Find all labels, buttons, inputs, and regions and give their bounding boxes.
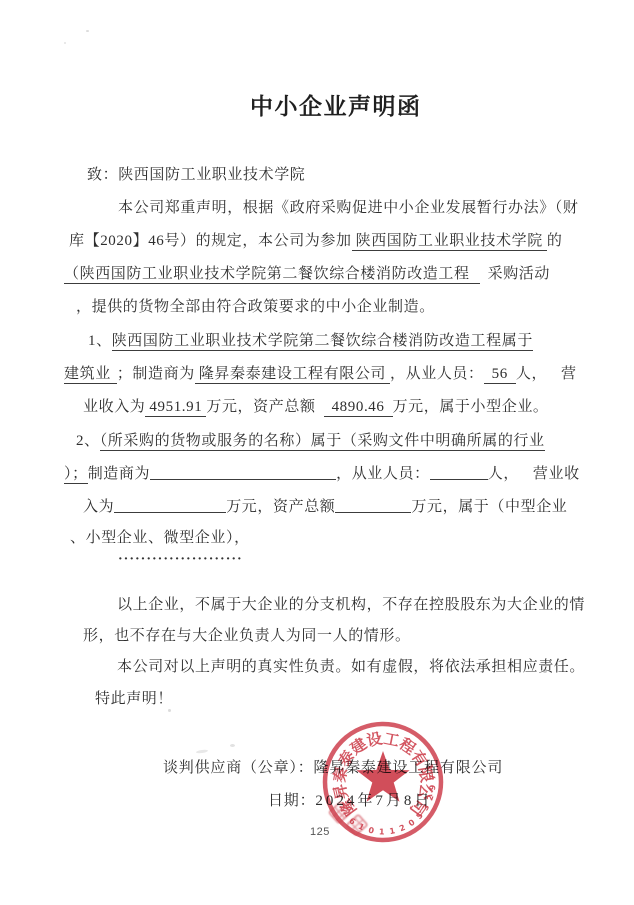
project-name-filled: 陕西国防工业职业技术学院第二餐饮综合楼消防改造工程 — [112, 333, 502, 351]
closing-line2: 形，也不存在与大企业负责人为同一人的情形。 — [83, 624, 411, 645]
scan-noise-speck — [196, 749, 208, 754]
purchaser-name-filled: 陕西国防工业职业技术学院 — [352, 233, 547, 251]
industry-placeholder: （采购文件中明确所属的行业 — [342, 433, 545, 451]
ellipsis-dots: ······················ — [118, 552, 243, 568]
para1-line3: （陕西国防工业职业技术学院第二餐饮综合楼消防改造工程采购活动 — [64, 262, 550, 283]
item2-text: 万元，资产总额 — [226, 499, 335, 515]
svg-text:1: 1 — [379, 827, 385, 836]
scan-noise-speck — [230, 744, 235, 747]
declaration-statement: 特此声明！ — [95, 687, 173, 708]
dots-text: ······················ — [118, 552, 243, 567]
blank-manufacturer-field — [150, 464, 336, 480]
item2-line4: 、小型企业、微型企业）， — [70, 526, 250, 547]
document-title: 中小企业声明函 — [250, 88, 422, 121]
svg-text:2: 2 — [425, 794, 435, 802]
svg-text:设: 设 — [365, 729, 384, 750]
svg-text:1: 1 — [425, 762, 435, 770]
item2-text: 万元，属于（中型企业 — [411, 499, 567, 515]
item2-line2: ）；制造商为，从业人员：人，营业收 — [64, 462, 580, 483]
closing-line1: 以上企业，不属于大企业的分支机构，不存在控股股东为大企业的情 — [117, 593, 585, 614]
para1-text: 的 — [547, 233, 563, 249]
item2-text: 、小型企业、微型企业）， — [70, 530, 250, 546]
manufacturer-filled: 隆昇秦泰建设工程有限公司 — [195, 366, 390, 384]
company-seal: 隆昇秦泰建设工程有限公司6101120532971 — [283, 682, 483, 882]
item1-text: 万元，资产总额 — [206, 399, 315, 415]
item1-text: ；制造商为 — [117, 366, 195, 382]
scan-noise-speck — [64, 42, 66, 44]
salutation-line: 致：陕西国防工业职业技术学院 — [87, 163, 305, 184]
svg-text:昇: 昇 — [330, 782, 351, 802]
svg-text:1: 1 — [389, 826, 397, 836]
closing-text: 本公司对以上声明的真实性负责。如有虚假，将依法承担相应责任。 — [117, 659, 585, 675]
scan-noise-speck — [543, 669, 547, 673]
item2-number: 2、 — [76, 433, 100, 449]
item2-text: 属于 — [311, 433, 342, 451]
para1-line2: 库【2020】46号）的规定，本公司为参加陕西国防工业职业技术学院的 — [69, 229, 562, 250]
item2-text: 入为 — [83, 499, 114, 515]
assets-filled: 4890.46 — [324, 399, 393, 417]
scan-noise-speck — [86, 30, 89, 32]
svg-text:0: 0 — [367, 826, 375, 836]
item2-text: ）； — [64, 466, 88, 484]
para1-line4: ，提供的货物全部由符合政策要求的中小企业制造。 — [76, 295, 435, 316]
seal-star-icon — [356, 751, 409, 802]
item1-text: 万元，属于小型企业。 — [393, 399, 549, 415]
para1-text: 库【2020】46号）的规定，本公司为参加 — [69, 233, 352, 249]
item2-text: 人， — [488, 466, 519, 482]
blank-revenue-field — [114, 497, 226, 513]
closing-text: 以上企业，不属于大企业的分支机构，不存在控股股东为大企业的情 — [117, 597, 585, 613]
item2-text: ，从业人员： — [336, 466, 430, 482]
goods-name-placeholder: （所采购的货物或服务的名称） — [100, 433, 311, 451]
scan-noise-speck — [168, 709, 171, 712]
item2-text: 营业收 — [533, 466, 580, 482]
item1-text: ，从业人员： — [390, 366, 484, 382]
revenue-filled: 4951.91 — [145, 399, 206, 417]
item1-text: 属于 — [502, 333, 533, 351]
employee-count-filled: 56 — [484, 366, 516, 384]
item1-line3: 业收入为4951.91万元，资产总额4890.46万元，属于小型企业。 — [83, 395, 549, 416]
project-name-filled: （陕西国防工业职业技术学院第二餐饮综合楼消防改造工程 — [64, 266, 480, 284]
closing-text: 形，也不存在与大企业负责人为同一人的情形。 — [83, 628, 411, 644]
salutation-text: 致：陕西国防工业职业技术学院 — [87, 167, 305, 183]
svg-text:0: 0 — [407, 817, 417, 828]
item2-line3: 入为万元，资产总额万元，属于（中型企业 — [83, 495, 567, 516]
blank-assets-field — [335, 497, 411, 513]
para1-text: 采购活动 — [488, 266, 550, 282]
item1-text: 人， — [516, 366, 547, 382]
para1-text: ，提供的货物全部由符合政策要求的中小企业制造。 — [76, 299, 435, 315]
para1-line1: 本公司郑重声明，根据《政府采购促进中小企业发展暂行办法》（财 — [118, 196, 579, 217]
declaration-page: 中小企业声明函 致：陕西国防工业职业技术学院 本公司郑重声明，根据《政府采购促进… — [0, 0, 634, 905]
item1-line2: 建筑业；制造商为隆昇秦泰建设工程有限公司，从业人员：56人，营 — [64, 362, 577, 383]
item2-line1: 2、（所采购的货物或服务的名称）属于（采购文件中明确所属的行业 — [76, 429, 545, 450]
item1-number: 1、 — [88, 333, 112, 349]
blank-employee-field — [430, 464, 488, 480]
item1-line1: 1、陕西国防工业职业技术学院第二餐饮综合楼消防改造工程属于 — [88, 329, 533, 350]
svg-text:9: 9 — [428, 784, 438, 791]
industry-filled: 建筑业 — [64, 366, 117, 384]
item1-text: 业收入为 — [83, 399, 145, 415]
closing-line3: 本公司对以上声明的真实性负责。如有虚假，将依法承担相应责任。 — [117, 655, 585, 676]
closing-text: 特此声明！ — [95, 691, 173, 707]
para1-text: 本公司郑重声明，根据《政府采购促进中小企业发展暂行办法》（财 — [118, 200, 579, 216]
item1-text: 营 — [561, 366, 577, 382]
svg-text:7: 7 — [428, 774, 438, 780]
svg-text:2: 2 — [398, 823, 407, 833]
item2-text: 制造商为 — [88, 466, 150, 482]
